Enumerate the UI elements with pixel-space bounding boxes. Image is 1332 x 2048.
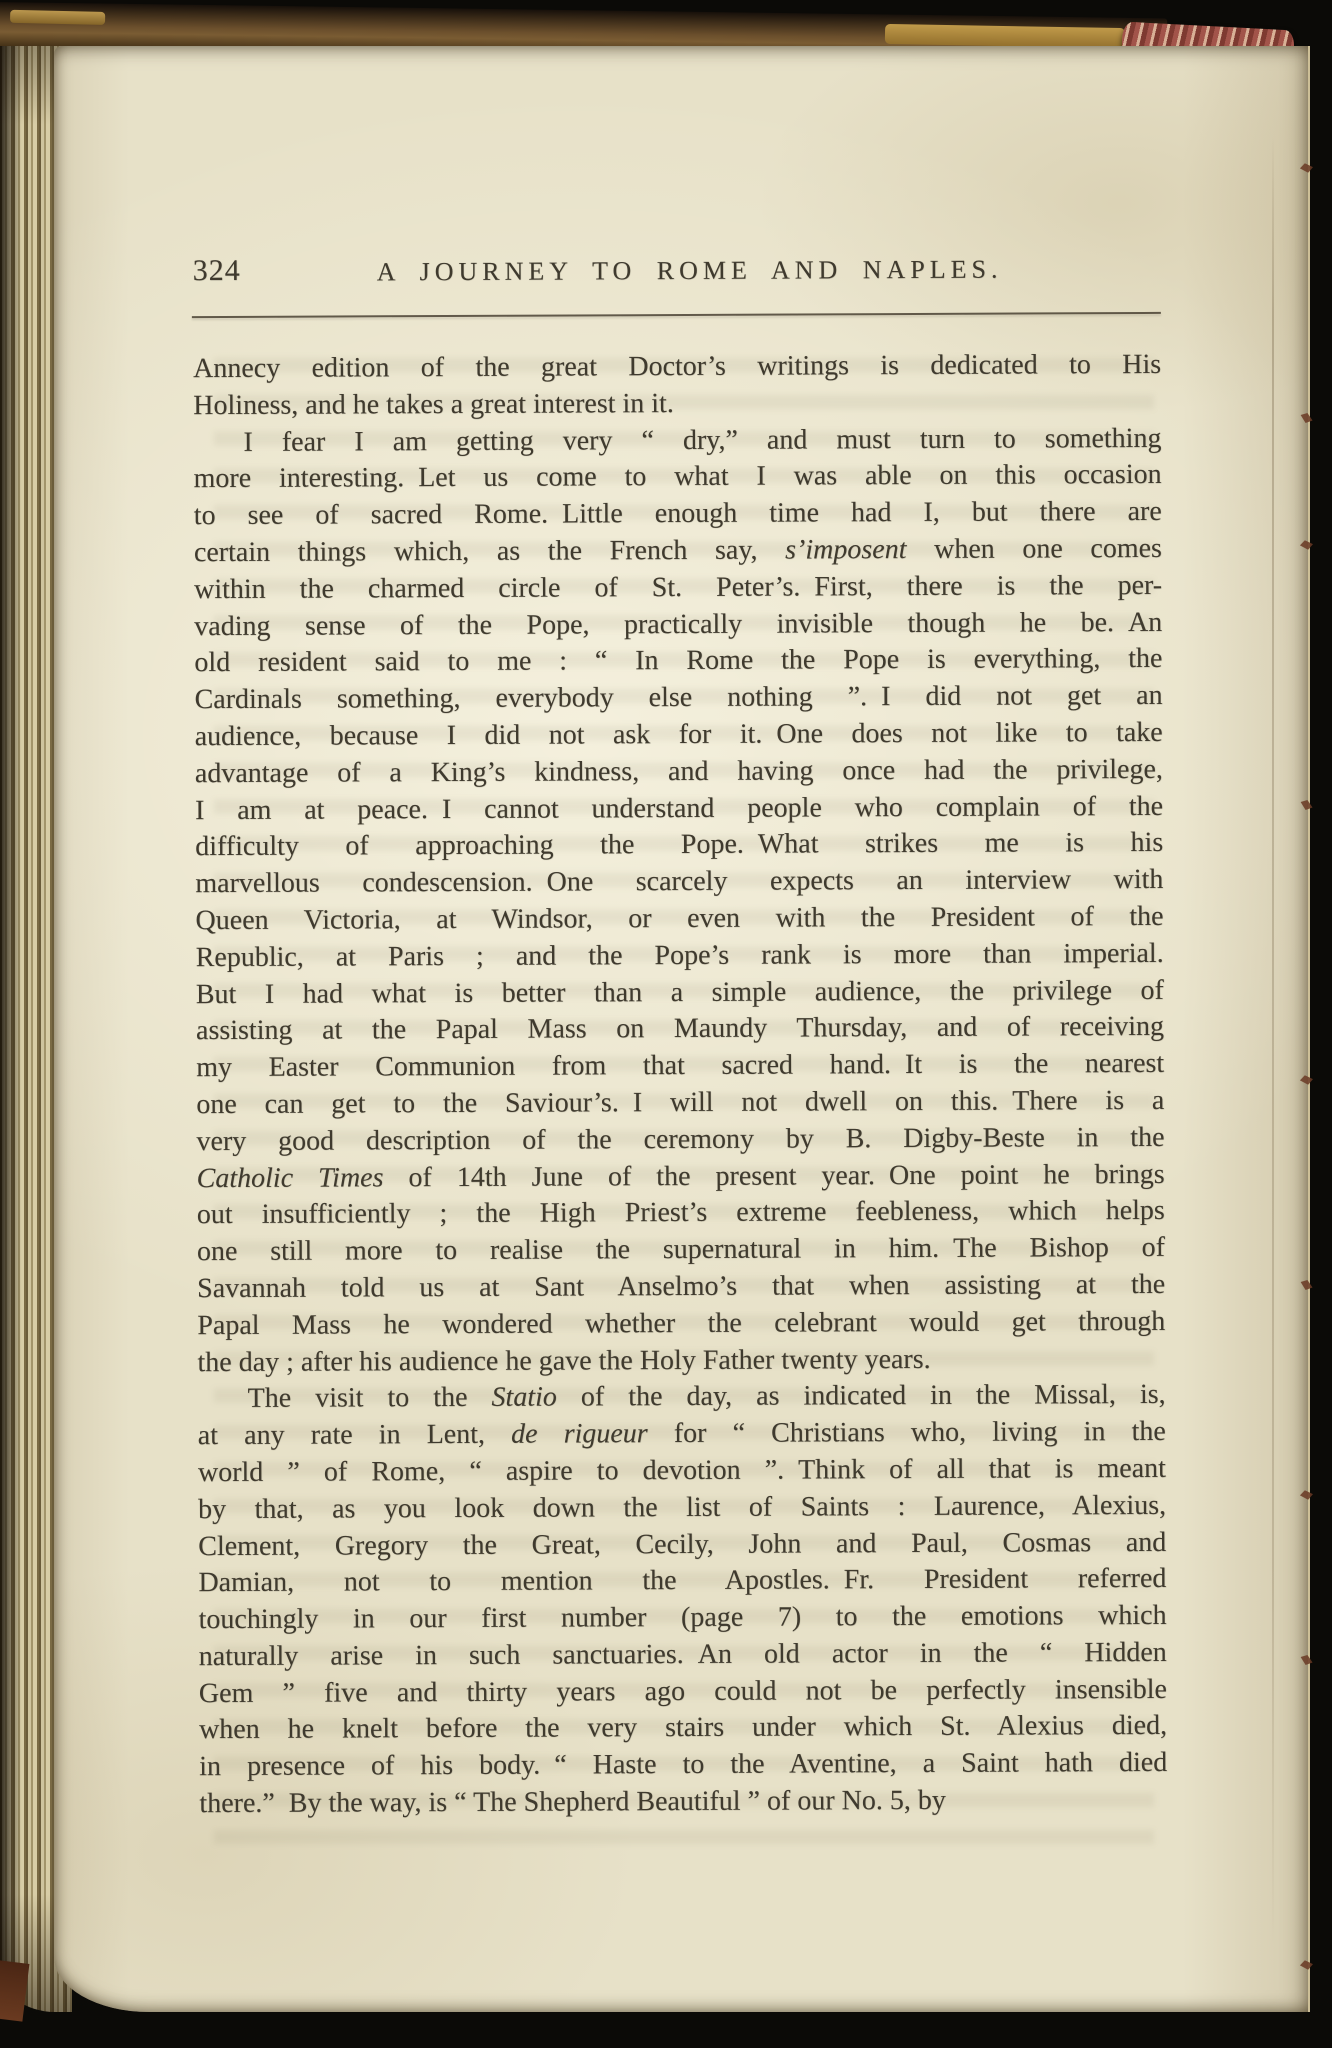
text-line: Savannah told us at Sant Anselmo’s that … — [197, 1267, 1165, 1308]
text-segment: marvellous condescension. One scarcely e… — [195, 864, 1163, 899]
text-line: Damian, not to mention the Apostles. Fr.… — [198, 1561, 1166, 1602]
text-segment: vading sense of the Pope, practically in… — [194, 606, 1162, 641]
header-rule — [192, 312, 1161, 318]
text-line: world ” of Rome, “ aspire to devotion ”.… — [198, 1451, 1166, 1492]
text-segment: The visit to the — [248, 1382, 492, 1414]
text-segment: out insufficiently ; the High Priest’s e… — [197, 1195, 1165, 1230]
text-segment: of the day, as indicated in the Missal, … — [557, 1379, 1166, 1413]
text-line: advantage of a King’s kindness, and havi… — [195, 752, 1163, 793]
text-segment: difficulty of approaching the Pope. What… — [195, 827, 1163, 862]
text-line: in presence of his body. “ Haste to the … — [199, 1745, 1167, 1786]
text-segment: at any rate in Lent, — [198, 1419, 511, 1451]
text-line: within the charmed circle of St. Peter’s… — [194, 568, 1162, 609]
text-segment: in presence of his body. “ Haste to the … — [199, 1747, 1167, 1782]
text-line: there.” By the way, is “ The Shepherd Be… — [199, 1782, 1167, 1823]
text-line: marvellous condescension. One scarcely e… — [195, 862, 1163, 903]
text-segment: certain things which, as the French say, — [194, 535, 785, 569]
text-line: Queen Victoria, at Windsor, or even with… — [195, 899, 1163, 940]
text-line: by that, as you look down the list of Sa… — [198, 1488, 1166, 1529]
book-photo: 324 A JOURNEY TO ROME AND NAPLES. Annecy… — [0, 0, 1332, 2048]
text-line: Papal Mass he wondered whether the celeb… — [197, 1304, 1165, 1345]
text-line: difficulty of approaching the Pope. What… — [195, 825, 1163, 866]
text-segment: of 14th June of the present year. One po… — [383, 1158, 1164, 1192]
text-segment: assisting at the Papal Mass on Maundy Th… — [196, 1011, 1164, 1046]
text-segment: Annecy edition of the great Doctor’s wri… — [193, 349, 1161, 384]
book-page: 324 A JOURNEY TO ROME AND NAPLES. Annecy… — [54, 46, 1310, 2012]
text-segment: touchingly in our first number (page 7) … — [199, 1600, 1167, 1635]
text-line: Gem ” five and thirty years ago could no… — [199, 1672, 1167, 1713]
text-line: Holiness, and he takes a great interest … — [193, 384, 1161, 425]
text-segment: I am at peace. I cannot understand peopl… — [195, 790, 1163, 825]
text-segment: by that, as you look down the list of Sa… — [198, 1490, 1166, 1525]
text-segment: Savannah told us at Sant Anselmo’s that … — [197, 1269, 1165, 1304]
italic-phrase: Statio — [491, 1382, 556, 1413]
text-segment: Clement, Gregory the Great, Cecily, John… — [198, 1526, 1166, 1561]
text-line: my Easter Communion from that sacred han… — [196, 1046, 1164, 1087]
text-segment: I fear I am getting very “ dry,” and mus… — [243, 422, 1161, 457]
text-line: Annecy edition of the great Doctor’s wri… — [193, 347, 1161, 388]
text-segment: my Easter Communion from that sacred han… — [196, 1048, 1164, 1083]
text-segment: old resident said to me : “ In Rome the … — [194, 643, 1162, 678]
text-segment: the day ; after his audience he gave the… — [197, 1343, 930, 1377]
text-line: the day ; after his audience he gave the… — [197, 1340, 1165, 1381]
text-segment: more interesting. Let us come to what I … — [194, 459, 1162, 494]
italic-phrase: s’imposent — [785, 534, 906, 566]
text-line: The visit to the Statio of the day, as i… — [198, 1377, 1166, 1418]
text-line: when he knelt before the very stairs und… — [199, 1708, 1167, 1749]
text-line: Republic, at Paris ; and the Pope’s rank… — [196, 936, 1164, 977]
text-line: But I had what is better than a simple a… — [196, 972, 1164, 1013]
page-text: Annecy edition of the great Doctor’s wri… — [193, 347, 1167, 1823]
text-line: one can get to the Saviour’s. I will not… — [196, 1083, 1164, 1124]
running-title: A JOURNEY TO ROME AND NAPLES. — [377, 255, 1003, 288]
text-segment: Papal Mass he wondered whether the celeb… — [197, 1306, 1165, 1341]
text-line: Catholic Times of 14th June of the prese… — [197, 1156, 1165, 1197]
text-line: very good description of the ceremony by… — [196, 1120, 1164, 1161]
text-segment: Republic, at Paris ; and the Pope’s rank… — [196, 938, 1164, 973]
text-line: naturally arise in such sanctuaries. An … — [199, 1635, 1167, 1676]
text-line: assisting at the Papal Mass on Maundy Th… — [196, 1009, 1164, 1050]
text-line: more interesting. Let us come to what I … — [194, 457, 1162, 498]
text-segment: very good description of the ceremony by… — [196, 1122, 1164, 1157]
text-line: vading sense of the Pope, practically in… — [194, 604, 1162, 645]
page-number: 324 — [193, 254, 241, 288]
cover-corner — [0, 1960, 29, 2021]
page-crease — [1272, 136, 1274, 1946]
text-line: audience, because I did not ask for it. … — [195, 715, 1163, 756]
text-segment: But I had what is better than a simple a… — [196, 974, 1164, 1009]
page-surface: 324 A JOURNEY TO ROME AND NAPLES. Annecy… — [50, 43, 1313, 2014]
text-line: I fear I am getting very “ dry,” and mus… — [193, 420, 1161, 461]
text-segment: within the charmed circle of St. Peter’s… — [194, 570, 1162, 605]
text-line: old resident said to me : “ In Rome the … — [194, 641, 1162, 682]
text-line: I am at peace. I cannot understand peopl… — [195, 788, 1163, 829]
text-line: certain things which, as the French say,… — [194, 531, 1162, 572]
text-line: Cardinals something, everybody else noth… — [194, 678, 1162, 719]
text-line: one still more to realise the supernatur… — [197, 1230, 1165, 1271]
text-line: out insufficiently ; the High Priest’s e… — [197, 1193, 1165, 1234]
text-segment: Cardinals something, everybody else noth… — [194, 680, 1162, 715]
text-segment: one still more to realise the supernatur… — [197, 1232, 1165, 1267]
text-segment: when one comes — [906, 533, 1162, 565]
text-segment: for “ Christians who, living in the — [648, 1416, 1166, 1449]
text-line: Clement, Gregory the Great, Cecily, John… — [198, 1524, 1166, 1565]
text-segment: when he knelt before the very stairs und… — [199, 1710, 1167, 1745]
text-segment: Queen Victoria, at Windsor, or even with… — [195, 901, 1163, 936]
text-line: to see of sacred Rome. Little enough tim… — [194, 494, 1162, 535]
text-segment: audience, because I did not ask for it. … — [195, 717, 1163, 752]
italic-phrase: de rigueur — [511, 1418, 648, 1450]
text-segment: Gem ” five and thirty years ago could no… — [199, 1674, 1167, 1709]
text-segment: one can get to the Saviour’s. I will not… — [196, 1085, 1164, 1120]
text-segment: advantage of a King’s kindness, and havi… — [195, 754, 1163, 789]
text-segment: Holiness, and he takes a great interest … — [193, 388, 674, 421]
text-segment: to see of sacred Rome. Little enough tim… — [194, 496, 1162, 531]
text-line: at any rate in Lent, de rigueur for “ Ch… — [198, 1414, 1166, 1455]
text-segment: world ” of Rome, “ aspire to devotion ”.… — [198, 1453, 1166, 1488]
gilt-edge-highlight — [10, 10, 105, 25]
text-line: touchingly in our first number (page 7) … — [198, 1598, 1166, 1639]
text-segment: Damian, not to mention the Apostles. Fr.… — [198, 1563, 1166, 1598]
italic-phrase: Catholic Times — [197, 1162, 384, 1194]
text-segment: naturally arise in such sanctuaries. An … — [199, 1637, 1167, 1672]
text-segment: there.” By the way, is “ The Shepherd Be… — [199, 1785, 946, 1819]
